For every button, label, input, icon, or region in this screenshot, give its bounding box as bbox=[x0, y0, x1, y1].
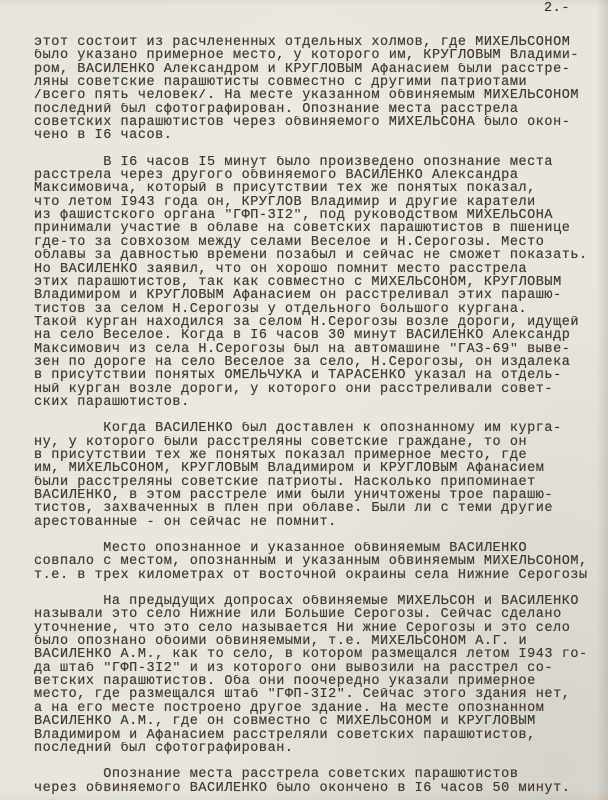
text-line: этот состоит из расчлененных отдельных х… bbox=[34, 36, 608, 49]
text-line: Такой курган находился за селом Н.Серого… bbox=[34, 316, 608, 329]
text-line: последний был сфотографирован. Опознание… bbox=[34, 103, 608, 116]
text-line: где-то за совхозом между селами Веселое … bbox=[34, 236, 608, 249]
text-line: зен по дороге на село Веселое за село, Н… bbox=[34, 356, 608, 369]
text-line: последний был сфотографирован. bbox=[34, 742, 608, 755]
text-line: Опознание места расстрела советских пара… bbox=[34, 768, 608, 781]
paragraph: Место опознанное и указанное обвиняемым … bbox=[34, 542, 608, 582]
text-line: ром, ВАСИЛЕНКО Александром и КРУГЛОВЫМ А… bbox=[34, 63, 608, 76]
text-line: через обвиняемого ВАСИЛЕНКО было окончен… bbox=[34, 782, 608, 795]
text-line: было указано примерное место, у которого… bbox=[34, 49, 608, 62]
text-line: из фашистского органа "ГФП-3I2", под рук… bbox=[34, 209, 608, 222]
text-line: ВАСИЛЕНКО А.М., где он совместно с МИХЕЛ… bbox=[34, 715, 608, 728]
text-line: Но ВАСИЛЕНКО заявил, что он хорошо помни… bbox=[34, 263, 608, 276]
paragraph: Когда ВАСИЛЕНКО был доставлен к опознанн… bbox=[34, 422, 608, 529]
text-line: этих парашютистов, так как совместно с М… bbox=[34, 276, 608, 289]
text-line: ских парашютистов. bbox=[34, 396, 608, 409]
text-line: ВАСИЛЕНКО, в этом расстреле ими были уни… bbox=[34, 489, 608, 502]
text-line: принимали участие в облаве на советских … bbox=[34, 222, 608, 235]
text-line: место, где размещался штаб "ГФП-3I2". Се… bbox=[34, 688, 608, 701]
page-number: 2.- bbox=[544, 2, 570, 15]
text-line: тистов за селом Н.Серогозы у отдельного … bbox=[34, 303, 608, 316]
text-line: в присутствии понятых ОМЕЛЬЧУКА и ТАРАСЕ… bbox=[34, 369, 608, 382]
text-line: были расстреляны советские патриоты. Нас… bbox=[34, 476, 608, 489]
text-line: чено в I6 часов. bbox=[34, 129, 608, 142]
text-line: Когда ВАСИЛЕНКО был доставлен к опознанн… bbox=[34, 422, 608, 435]
text-line: ВАСИЛЕНКО А.М., как то село, в котором р… bbox=[34, 648, 608, 661]
text-line: арестованные - он сейчас не помнит. bbox=[34, 516, 608, 529]
text-line: им, МИХЕЛЬСОНОМ, КРУГЛОВЫМ Владимиром и … bbox=[34, 462, 608, 475]
text-line: уточнение, что это село называется Ни жн… bbox=[34, 622, 608, 635]
text-line: ветских парашютистов. Оба они поочередно… bbox=[34, 675, 608, 688]
document-body: этот состоит из расчлененных отдельных х… bbox=[34, 36, 608, 800]
text-line: облавы за давностью времени позабыл и се… bbox=[34, 249, 608, 262]
text-line: советских парашютистов через обвиняемого… bbox=[34, 116, 608, 129]
text-line: ляны советские парашютисты совместно с д… bbox=[34, 76, 608, 89]
text-line: т.е. в трех километрах от восточной окра… bbox=[34, 569, 608, 582]
text-line: что летом I943 года он, КРУГЛОВ Владимир… bbox=[34, 196, 608, 209]
text-line: В I6 часов I5 минут было произведено опо… bbox=[34, 156, 608, 169]
text-line: совпало с местом, опознанным и указанным… bbox=[34, 555, 608, 568]
text-line: расстрела через другого обвиняемого ВАСИ… bbox=[34, 169, 608, 182]
text-line: ну, у которого были расстреляны советски… bbox=[34, 436, 608, 449]
text-line: Место опознанное и указанное обвиняемым … bbox=[34, 542, 608, 555]
text-line: Владимиром и КРУГЛОВЫМ Афанасием он расс… bbox=[34, 289, 608, 302]
paragraph: этот состоит из расчлененных отдельных х… bbox=[34, 36, 608, 143]
text-line: Максимовича, который в присутствии тех ж… bbox=[34, 182, 608, 195]
typewritten-page: 2.- этот состоит из расчлененных отдельн… bbox=[0, 0, 608, 800]
text-line: называли это село Нижние или Большие Сер… bbox=[34, 608, 608, 621]
text-line: ный курган возле дороги, у которого они … bbox=[34, 383, 608, 396]
text-line: Максимович из села Н.Серогозы был на авт… bbox=[34, 343, 608, 356]
paragraph: На предыдущих допросах обвиняемые МИХЕЛЬ… bbox=[34, 595, 608, 755]
text-line: на село Веселое. Когда в I6 часов 30 мин… bbox=[34, 329, 608, 342]
text-line: в присутствии тех же понятых показал при… bbox=[34, 449, 608, 462]
text-line: да штаб "ГФП-3I2" и из которого они выво… bbox=[34, 662, 608, 675]
text-line: /всего пять человек/. На месте указанном… bbox=[34, 89, 608, 102]
text-line: тистов, захваченных в плен при облаве. Б… bbox=[34, 502, 608, 515]
paragraph: Опознание места расстрела советских пара… bbox=[34, 768, 608, 795]
paragraph: В I6 часов I5 минут было произведено опо… bbox=[34, 156, 608, 410]
text-line: а на его месте построено другое здание. … bbox=[34, 702, 608, 715]
text-line: было опознано обоими обвиняемыми, т.е. М… bbox=[34, 635, 608, 648]
text-line: На предыдущих допросах обвиняемые МИХЕЛЬ… bbox=[34, 595, 608, 608]
text-line: Владимиром и Афанасием расстреляли совет… bbox=[34, 729, 608, 742]
